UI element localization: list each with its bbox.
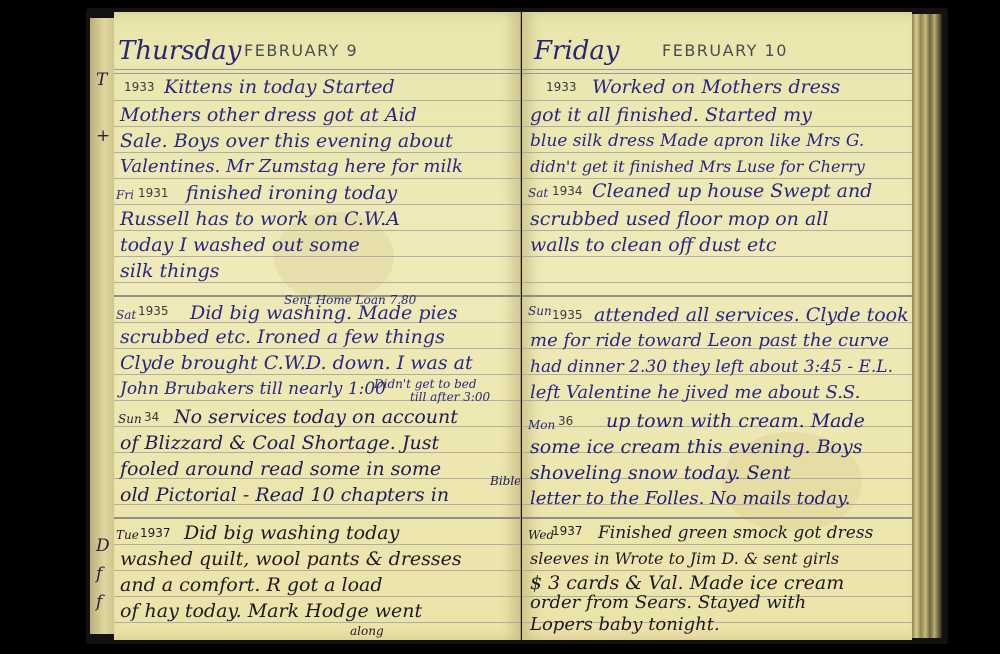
page-date-header: FEBRUARY 10 <box>662 41 788 60</box>
entry-year: 36 <box>558 414 573 428</box>
entry-line: Mothers other dress got at Aid <box>120 104 417 126</box>
entry-line: No services today on account <box>174 406 458 428</box>
entry-line: had dinner 2.30 they left about 3:45 - E… <box>530 356 893 378</box>
entry-line: silk things <box>120 260 220 282</box>
entry-line: $ 3 cards & Val. Made ice cream <box>530 572 844 594</box>
entry-line: Kittens in today Started <box>164 76 395 98</box>
entry-line: finished ironing today <box>186 182 397 204</box>
entry-year: 1934 <box>552 184 583 198</box>
entry-note: Bible <box>490 474 521 488</box>
left-page: Thursday FEBRUARY 9 1933 Kittens in toda… <box>114 12 521 640</box>
entry-line: didn't get it finished Mrs Luse for Cher… <box>530 156 865 178</box>
entry-line: Lopers baby tonight. <box>530 614 720 636</box>
entry-line: blue silk dress Made apron like Mrs G. <box>530 130 864 152</box>
weekday-label: Friday <box>534 36 620 66</box>
entry-line: today I washed out some <box>120 234 360 256</box>
entry-line: Russell has to work on C.W.A <box>120 208 400 230</box>
margin-mark: D <box>96 536 110 556</box>
entry-year: 1933 <box>124 80 155 94</box>
entry-line: washed quilt, wool pants & dresses <box>120 548 462 570</box>
entry-line: Finished green smock got dress <box>598 522 873 544</box>
page-stack-left-edge: T + D f f <box>90 18 115 634</box>
entry-note: Didn't get to bed <box>374 377 477 391</box>
entry-line: Did big washing. Made pies <box>190 302 458 324</box>
entry-line: Worked on Mothers dress <box>592 76 840 98</box>
entry-line: attended all services. Clyde took <box>594 304 909 326</box>
entry-day: Sat <box>528 186 548 200</box>
entry-note: till after 3:00 <box>410 390 490 404</box>
entry-line: old Pictorial - Read 10 chapters in <box>120 484 449 506</box>
entry-line: shoveling snow today. Sent <box>530 462 791 484</box>
entry-line: letter to the Folles. No mails today. <box>530 488 850 510</box>
margin-mark: f <box>96 564 102 584</box>
entry-year: 1933 <box>546 80 577 94</box>
margin-mark: T <box>96 70 107 90</box>
entry-line: Valentines. Mr Zumstag here for milk <box>120 156 463 178</box>
entry-line: of hay today. Mark Hodge went <box>120 600 422 622</box>
margin-mark: + <box>96 126 110 146</box>
entry-line: John Brubakers till nearly 1:00 <box>120 378 386 400</box>
page-stack-right-edge <box>912 14 942 638</box>
entry-day: Sun <box>118 412 142 426</box>
right-page: Friday FEBRUARY 10 1933 Worked on Mother… <box>522 12 912 640</box>
margin-mark: f <box>96 592 102 612</box>
entry-line: fooled around read some in some <box>120 458 441 480</box>
entry-line: and a comfort. R got a load <box>120 574 383 596</box>
entry-day: Wed <box>528 528 554 542</box>
entry-line: me for ride toward Leon past the curve <box>530 330 889 352</box>
entry-day: Fri <box>116 188 134 202</box>
weekday-label: Thursday <box>118 36 241 66</box>
entry-line: Sale. Boys over this evening about <box>120 130 453 152</box>
entry-line: scrubbed used floor mop on all <box>530 208 828 230</box>
entry-note: along <box>350 624 384 638</box>
entry-line: of Blizzard & Coal Shortage. Just <box>120 432 439 454</box>
entry-year: 34 <box>144 410 159 424</box>
entry-line: sleeves in Wrote to Jim D. & sent girls <box>530 548 839 570</box>
page-date-header: FEBRUARY 9 <box>244 41 358 60</box>
diary-book: T + D f f Thursday FEBRUARY 9 <box>86 8 948 644</box>
entry-year: 1937 <box>552 524 583 538</box>
entry-year: 1935 <box>552 308 583 322</box>
entry-line: up town with cream. Made <box>606 410 865 432</box>
entry-line: Clyde brought C.W.D. down. I was at <box>120 352 473 374</box>
entry-line: scrubbed etc. Ironed a few things <box>120 326 445 348</box>
entry-day: Sun <box>528 304 552 318</box>
entry-year: 1931 <box>138 186 169 200</box>
entry-line: order from Sears. Stayed with <box>530 592 806 614</box>
entry-line: some ice cream this evening. Boys <box>530 436 862 458</box>
entry-day: Mon <box>528 418 555 432</box>
entry-year: 1935 <box>138 304 169 318</box>
entry-day: Tue <box>116 528 139 542</box>
entry-line: left Valentine he jived me about S.S. <box>530 382 860 404</box>
entry-year: 1937 <box>140 526 171 540</box>
entry-line: walls to clean off dust etc <box>530 234 777 256</box>
entry-line: got it all finished. Started my <box>530 104 812 126</box>
entry-line: Did big washing today <box>184 522 399 544</box>
entry-day: Sat <box>116 308 136 322</box>
entry-line: Cleaned up house Swept and <box>592 180 872 202</box>
